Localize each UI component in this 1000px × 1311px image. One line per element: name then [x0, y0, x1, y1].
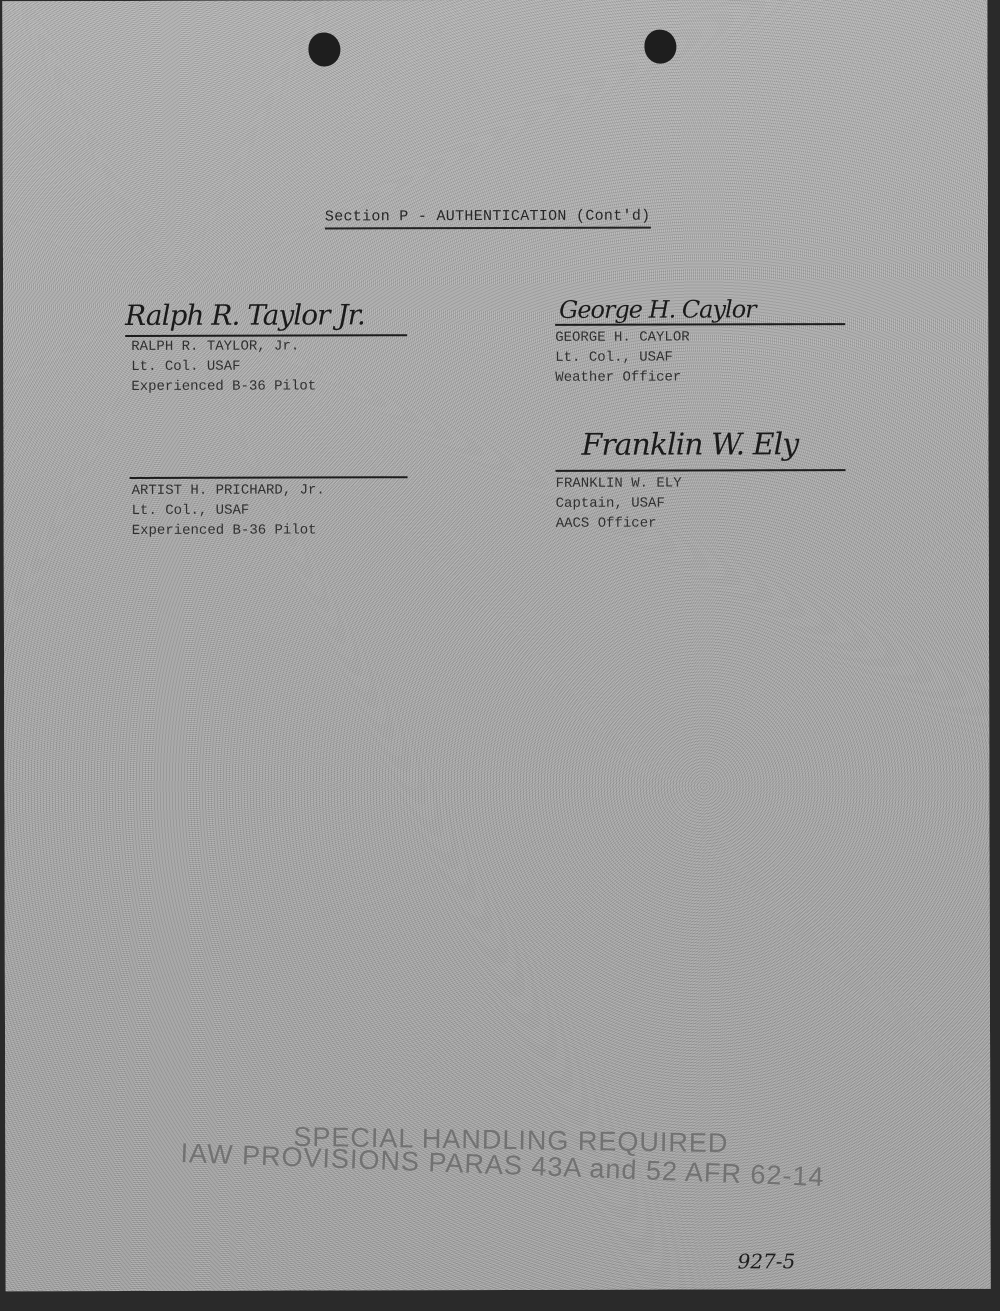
signatory-rank: Captain, USAF: [556, 494, 682, 514]
signature-taylor: Ralph R. Taylor Jr.: [125, 298, 365, 332]
signatory-name: ARTIST H. PRICHARD, Jr.: [132, 480, 325, 501]
punch-hole-right: [644, 30, 676, 64]
signatory-caylor: George H. Caylor GEORGE H. CAYLOR Lt. Co…: [2, 0, 987, 1]
signatory-rank: Lt. Col. USAF: [131, 356, 316, 376]
signatory-role: Experienced B-36 Pilot: [131, 376, 316, 396]
signatory-rank: Lt. Col., USAF: [132, 500, 325, 521]
signatory-name: RALPH R. TAYLOR, Jr.: [131, 336, 316, 356]
signatory-name: FRANKLIN W. ELY: [556, 474, 682, 494]
signatory-role: Weather Officer: [555, 367, 689, 387]
signatory-prichard: ARTIST H. PRICHARD, Jr. Lt. Col., USAF E…: [2, 0, 987, 1]
signatory-taylor: Ralph R. Taylor Jr. RALPH R. TAYLOR, Jr.…: [2, 0, 987, 1]
signatory-name: GEORGE H. CAYLOR: [555, 327, 689, 347]
signature-line: [130, 476, 408, 479]
signatory-rank: Lt. Col., USAF: [555, 347, 689, 367]
section-heading: Section P - AUTHENTICATION (Cont'd): [325, 208, 651, 230]
page-number: 927-5: [738, 1249, 796, 1273]
signatory-role: Experienced B-36 Pilot: [132, 520, 325, 541]
signature-line: [555, 323, 845, 326]
signatory-role: AACS Officer: [556, 514, 682, 534]
document-page: Section P - AUTHENTICATION (Cont'd) Ralp…: [2, 0, 990, 1291]
signature-caylor: George H. Caylor: [559, 295, 756, 324]
signatory-ely: Franklin W. Ely FRANKLIN W. ELY Captain,…: [2, 0, 987, 1]
signature-ely: Franklin W. Ely: [581, 427, 798, 463]
signature-line: [556, 469, 846, 472]
punch-hole-left: [308, 32, 340, 66]
